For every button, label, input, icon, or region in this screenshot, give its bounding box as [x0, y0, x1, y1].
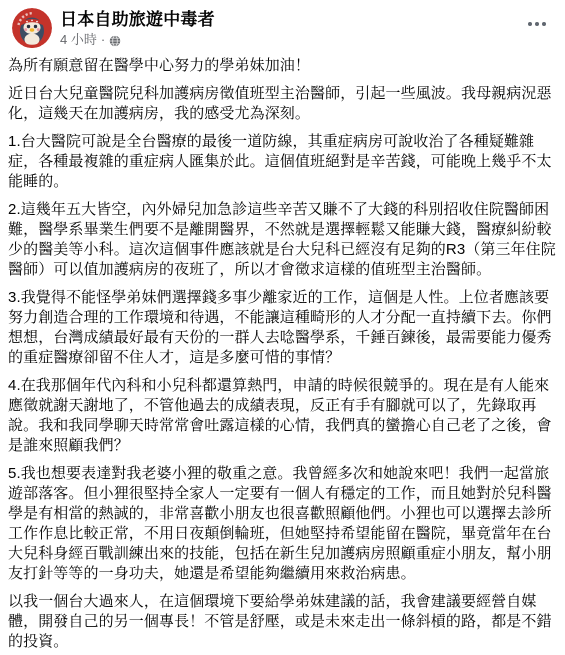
post-paragraph: 3.我覺得不能怪學弟妹們選擇錢多事少離家近的工作，這個是人性。上位者應該要努力創…	[8, 288, 557, 368]
post-paragraph: 4.在我那個年代內科和小兒科都還算熱門，申請的時候很競爭的。現在是有人能來應徵就…	[8, 376, 557, 456]
post-paragraph: 2.這幾年五大皆空，內外婦兒加急診這些辛苦又賺不了大錢的科別招收住院醫師困難，醫…	[8, 200, 557, 280]
post-paragraph: 以我一個台大過來人，在這個環境下要給學弟妹建議的話，我會建議要經營自媒體，開發自…	[8, 592, 557, 652]
ellipsis-icon	[528, 22, 532, 26]
post-paragraph: 1.台大醫院可說是全台醫療的最後一道防線，其重症病房可說收治了各種疑難雜症，各種…	[8, 132, 557, 192]
penguin-mascot-logo-icon	[12, 8, 52, 48]
header-text: 日本自助旅遊中毒者 4 小時 ·	[60, 8, 215, 48]
globe-public-icon	[109, 35, 121, 47]
post-paragraph: 5.我也想要表達對我老婆小狸的敬重之意。我曾經多次和她說來吧！我們一起當旅遊部落…	[8, 464, 557, 584]
post-options-button[interactable]	[521, 12, 553, 36]
post-paragraph: 為所有願意留在醫學中心努力的學弟妹加油！	[8, 56, 557, 76]
post-header: 日本自助旅遊中毒者 4 小時 ·	[0, 0, 565, 48]
page-name-link[interactable]: 日本自助旅遊中毒者	[60, 9, 215, 30]
post-paragraph: 近日台大兒童醫院兒科加護病房徵值班型主治醫師，引起一些風波。我母親病況惡化，這幾…	[8, 84, 557, 124]
meta-separator: ·	[101, 32, 105, 48]
post-body: 為所有願意留在醫學中心努力的學弟妹加油！ 近日台大兒童醫院兒科加護病房徵值班型主…	[0, 48, 565, 652]
facebook-post: 日本自助旅遊中毒者 4 小時 ·	[0, 0, 565, 655]
timestamp-link[interactable]: 4 小時	[60, 32, 97, 48]
post-meta: 4 小時 ·	[60, 32, 215, 48]
avatar[interactable]	[12, 8, 52, 48]
